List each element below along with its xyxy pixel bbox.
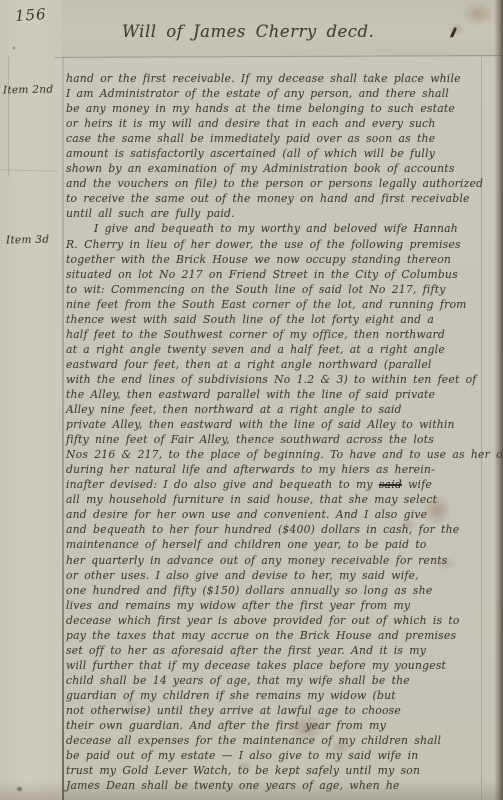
text-line: and the vouchers on file) to the person … xyxy=(66,176,496,191)
text-segment: thence west with said South line of the … xyxy=(66,313,434,326)
text-segment: or other uses. I also give and devise to… xyxy=(66,569,419,582)
text-line: set off to her as aforesaid after the fi… xyxy=(66,643,496,658)
text-segment: one hundred and fifty ($150) dollars ann… xyxy=(66,584,432,597)
left-margin-strip xyxy=(0,0,62,800)
text-segment: trust my Gold Lever Watch, to be kept sa… xyxy=(66,764,420,777)
text-segment: or heirs it is my will and desire that i… xyxy=(66,117,436,130)
text-segment: be any money in my hands at the time bel… xyxy=(66,102,455,115)
text-segment: their own guardian. And after the first … xyxy=(66,719,386,732)
text-segment: fifty nine feet of Fair Alley, thence so… xyxy=(66,433,434,446)
text-line: nine feet from the South East corner of … xyxy=(66,297,496,312)
text-segment: pay the taxes that may accrue on the Bri… xyxy=(66,629,456,642)
text-segment: nine feet from the South East corner of … xyxy=(66,298,467,311)
text-line: her quarterly in advance out of any mone… xyxy=(66,553,496,568)
text-segment: shown by an examination of my Administra… xyxy=(66,162,455,175)
text-segment: will further that if my decease takes pl… xyxy=(66,659,446,672)
text-segment: I am Administrator of the estate of any … xyxy=(66,87,449,100)
text-line: child shall be 14 years of age, that my … xyxy=(66,673,496,688)
bottom-shadow xyxy=(0,780,503,800)
text-line: private Alley, then eastward with the li… xyxy=(66,417,496,432)
text-block: hand or the first receivable. If my dece… xyxy=(66,71,496,793)
text-segment: and desire for her own use and convenien… xyxy=(66,508,427,521)
text-line: shown by an examination of my Administra… xyxy=(66,161,496,176)
text-segment: set off to her as aforesaid after the fi… xyxy=(66,644,426,657)
text-line: amount is satisfactorily ascertained (al… xyxy=(66,146,496,161)
text-line: inafter devised: I do also give and bequ… xyxy=(66,477,496,492)
text-line: all my household furniture in said house… xyxy=(66,492,496,507)
text-line: their own guardian. And after the first … xyxy=(66,718,496,733)
text-segment: half feet to the Southwest corner of my … xyxy=(66,328,445,341)
text-line: to wit: Commencing on the South line of … xyxy=(66,282,496,297)
text-line: to receive the same out of the money on … xyxy=(66,191,496,206)
text-segment: Nos 216 & 217, to the place of beginning… xyxy=(66,448,503,461)
text-line: at a right angle twenty seven and a half… xyxy=(66,342,496,357)
text-line: maintenance of herself and children one … xyxy=(66,537,496,552)
struck-word: said xyxy=(379,478,402,491)
text-segment: case the same shall be immediately paid … xyxy=(66,132,435,145)
text-line: case the same shall be immediately paid … xyxy=(66,131,496,146)
text-segment: I give and bequeath to my worthy and bel… xyxy=(94,222,458,235)
text-line: Alley nine feet, then northward at a rig… xyxy=(66,402,496,417)
text-line: lives and remains my widow after the fir… xyxy=(66,598,496,613)
text-line: thence west with said South line of the … xyxy=(66,312,496,327)
text-segment: inafter devised: I do also give and bequ… xyxy=(66,478,379,491)
text-segment: together with the Brick House we now occ… xyxy=(66,253,451,266)
text-line: and bequeath to her four hundred ($400) … xyxy=(66,522,496,537)
text-line: half feet to the Southwest corner of my … xyxy=(66,327,496,342)
text-segment: the Alley, then eastward parallel with t… xyxy=(66,388,435,401)
text-segment: her quarterly in advance out of any mone… xyxy=(66,554,448,567)
text-segment: situated on lot No 217 on Friend Street … xyxy=(66,268,458,281)
text-line: trust my Gold Lever Watch, to be kept sa… xyxy=(66,763,496,778)
text-line: Nos 216 & 217, to the place of beginning… xyxy=(66,447,496,462)
text-segment: and bequeath to her four hundred ($400) … xyxy=(66,523,459,536)
text-segment: maintenance of herself and children one … xyxy=(66,538,427,551)
text-line: until all such are fully paid. xyxy=(66,206,496,221)
text-segment: Alley nine feet, then northward at a rig… xyxy=(66,403,402,416)
document-page: 156 Will of James Cherry decd. Item 2nd … xyxy=(0,0,503,800)
text-line: one hundred and fifty ($150) dollars ann… xyxy=(66,583,496,598)
text-line: or heirs it is my will and desire that i… xyxy=(66,116,496,131)
text-line: with the end lines of subdivisions No 1.… xyxy=(66,372,496,387)
text-line: decease which first year is above provid… xyxy=(66,613,496,628)
text-line: be paid out of my estate — I also give t… xyxy=(66,748,496,763)
text-line: be any money in my hands at the time bel… xyxy=(66,101,496,116)
text-line: the Alley, then eastward parallel with t… xyxy=(66,387,496,402)
binding-edge-shadow xyxy=(494,0,503,800)
text-segment: during her natural life and afterwards t… xyxy=(66,463,435,476)
text-segment: wife xyxy=(402,478,432,491)
text-segment: at a right angle twenty seven and a half… xyxy=(66,343,445,356)
text-line: together with the Brick House we now occ… xyxy=(66,252,496,267)
page-number: 156 xyxy=(14,5,47,25)
text-line: I give and bequeath to my worthy and bel… xyxy=(66,221,496,236)
text-segment: amount is satisfactorily ascertained (al… xyxy=(66,147,435,160)
page-edge-line-inner xyxy=(8,57,9,177)
text-line: I am Administrator of the estate of any … xyxy=(66,86,496,101)
text-line: and desire for her own use and convenien… xyxy=(66,507,496,522)
text-line: eastward four feet, then at a right angl… xyxy=(66,357,496,372)
text-line: fifty nine feet of Fair Alley, thence so… xyxy=(66,432,496,447)
text-segment: to wit: Commencing on the South line of … xyxy=(66,283,446,296)
text-segment: private Alley, then eastward with the li… xyxy=(66,418,455,431)
text-segment: and the vouchers on file) to the person … xyxy=(66,177,483,190)
text-segment: not otherwise) until they arrive at lawf… xyxy=(66,704,401,717)
text-line: R. Cherry in lieu of her dower, the use … xyxy=(66,237,496,252)
text-segment: with the end lines of subdivisions No 1.… xyxy=(66,373,477,386)
margin-note-item-3rd: Item 3d xyxy=(6,234,50,247)
text-line: will further that if my decease takes pl… xyxy=(66,658,496,673)
text-segment: eastward four feet, then at a right angl… xyxy=(66,358,432,371)
text-line: hand or the first receivable. If my dece… xyxy=(66,71,496,86)
text-segment: hand or the first receivable. If my dece… xyxy=(66,72,461,85)
text-line: not otherwise) until they arrive at lawf… xyxy=(66,703,496,718)
text-segment: R. Cherry in lieu of her dower, the use … xyxy=(66,238,461,251)
text-segment: until all such are fully paid. xyxy=(66,207,235,220)
text-segment: guardian of my children if she remains m… xyxy=(66,689,396,702)
margin-note-item-2nd: Item 2nd xyxy=(3,84,54,97)
text-segment: all my household furniture in said house… xyxy=(66,493,437,506)
text-segment: child shall be 14 years of age, that my … xyxy=(66,674,410,687)
text-line: situated on lot No 217 on Friend Street … xyxy=(66,267,496,282)
text-line: guardian of my children if she remains m… xyxy=(66,688,496,703)
text-line: pay the taxes that may accrue on the Bri… xyxy=(66,628,496,643)
text-segment: lives and remains my widow after the fir… xyxy=(66,599,410,612)
text-segment: to receive the same out of the money on … xyxy=(66,192,470,205)
text-segment: decease which first year is above provid… xyxy=(66,614,460,627)
text-line: decease all expenses for the maintenance… xyxy=(66,733,496,748)
text-line: or other uses. I also give and devise to… xyxy=(66,568,496,583)
text-line: during her natural life and afterwards t… xyxy=(66,462,496,477)
document-title: Will of James Cherry decd. xyxy=(122,22,402,41)
text-segment: be paid out of my estate — I also give t… xyxy=(66,749,418,762)
page-edge-line-left xyxy=(62,57,64,800)
text-segment: decease all expenses for the maintenance… xyxy=(66,734,441,747)
